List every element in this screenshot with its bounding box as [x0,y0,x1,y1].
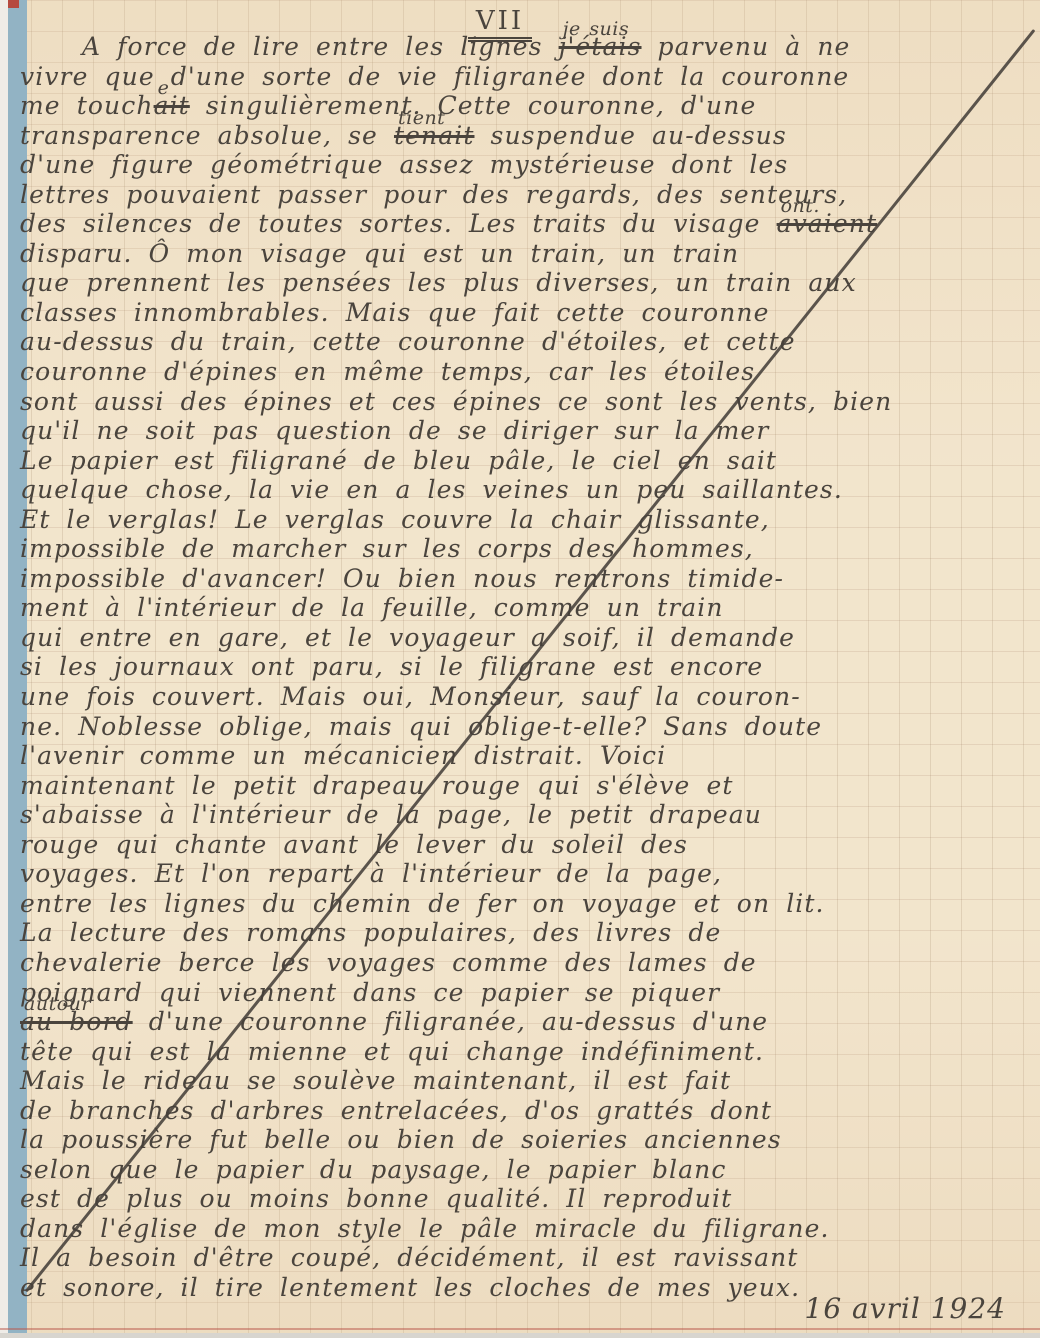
manuscript-line: La lecture des romans populaires, des li… [20,918,1040,948]
text-segment: selon que le papier du paysage, le papie… [20,1155,726,1184]
text-segment: et sonore, il tire lentement les cloches… [20,1273,800,1302]
text-segment: vivre que d'une sorte de vie filigranée … [20,62,849,91]
correction: eait [154,91,190,121]
manuscript-line: selon que le papier du paysage, le papie… [20,1155,1040,1185]
date-line: 16 avril 1924 [805,1292,1007,1325]
manuscript-line: impossible de marcher sur les corps des … [20,534,1040,564]
manuscript-line: au-dessus du train, cette couronne d'éto… [20,327,1040,357]
page-bottom-edge [0,1333,1040,1338]
manuscript-line: d'une figure géométrique assez mystérieu… [20,150,1040,180]
text-segment: transparence absolue, se [20,121,394,150]
manuscript-line: voyages. Et l'on repart à l'intérieur de… [20,859,1040,889]
inserted-text: je suis [563,15,630,45]
text-segment: impossible de marcher sur les corps des … [20,534,754,563]
manuscript-line: Et le verglas! Le verglas couvre la chai… [20,505,1040,535]
manuscript-line: impossible d'avancer! Ou bien nous rentr… [20,564,1040,594]
text-segment: A force de lire entre les lignes [82,32,559,61]
manuscript-line: quelque chose, la vie en a les veines un… [20,475,1040,505]
text-segment: singulièrement. Cette couronne, d'une [190,91,757,120]
manuscript-line: Il a besoin d'être coupé, décidément, il… [20,1243,1040,1273]
text-segment: la poussière fut belle ou bien de soieri… [20,1125,782,1154]
page-left-edge [0,0,8,1338]
text-segment: d'une figure géométrique assez mystérieu… [20,150,788,179]
text-segment: est de plus ou moins bonne qualité. Il r… [20,1184,732,1213]
manuscript-line: maintenant le petit drapeau rouge qui s'… [20,771,1040,801]
manuscript-line: ment à l'intérieur de la feuille, comme … [20,593,1040,623]
manuscript-text-block: A force de lire entre les lignes je suis… [20,32,1040,1303]
manuscript-line: rouge qui chante avant le lever du solei… [20,830,1040,860]
text-segment: chevalerie berce les voyages comme des l… [20,948,757,977]
manuscript-line: tête qui est la mienne et qui change ind… [20,1037,1040,1067]
text-segment: une fois couvert. Mais oui, Monsieur, sa… [20,682,801,711]
manuscript-line: dans l'église de mon style le pâle mirac… [20,1214,1040,1244]
text-segment: entre les lignes du chemin de fer on voy… [20,889,825,918]
text-segment: disparu. Ô mon visage qui est un train, … [20,239,739,268]
text-segment: lettres pouvaient passer pour des regard… [20,180,847,209]
inserted-text: autour [24,990,91,1020]
manuscript-line: de branches d'arbres entrelacées, d'os g… [20,1096,1040,1126]
text-segment: La lecture des romans populaires, des li… [20,918,721,947]
text-segment: rouge qui chante avant le lever du solei… [20,830,688,859]
manuscript-line: qui entre en gare, et le voyageur a soif… [20,623,1040,653]
manuscript-line: vivre que d'une sorte de vie filigranée … [20,62,1040,92]
manuscript-line: une fois couvert. Mais oui, Monsieur, sa… [20,682,1040,712]
manuscript-line: me toucheait singulièrement. Cette couro… [20,91,1040,121]
manuscript-line: couronne d'épines en même temps, car les… [20,357,1040,387]
manuscript-line: la poussière fut belle ou bien de soieri… [20,1125,1040,1155]
correction: tienttenait [394,121,475,151]
text-segment: dans l'église de mon style le pâle mirac… [20,1214,830,1243]
manuscript-line: chevalerie berce les voyages comme des l… [20,948,1040,978]
text-segment: maintenant le petit drapeau rouge qui s'… [20,771,734,800]
manuscript-line: sont aussi des épines et ces épines ce s… [20,387,1040,417]
correction: autourau bord [20,1007,133,1037]
manuscript-line: autourau bord d'une couronne filigranée,… [20,1007,1040,1037]
manuscript-line: Mais le rideau se soulève maintenant, il… [20,1066,1040,1096]
manuscript-line: Le papier est filigrané de bleu pâle, le… [20,446,1040,476]
manuscript-line: s'abaisse à l'intérieur de la page, le p… [20,800,1040,830]
text-segment: suspendue au-dessus [474,121,786,150]
text-segment: s'abaisse à l'intérieur de la page, le p… [20,800,762,829]
text-segment: impossible d'avancer! Ou bien nous rentr… [20,564,784,593]
inserted-text: e [158,74,170,104]
text-segment: couronne d'épines en même temps, car les… [20,357,755,386]
text-segment: voyages. Et l'on repart à l'intérieur de… [20,859,722,888]
manuscript-line: disparu. Ô mon visage qui est un train, … [20,239,1040,269]
text-segment: poignard qui viennent dans ce papier se … [20,978,720,1007]
manuscript-line: ne. Noblesse oblige, mais qui oblige-t-e… [20,712,1040,742]
manuscript-line: transparence absolue, se tienttenait sus… [20,121,1040,151]
text-segment: que prennent les pensées les plus divers… [20,268,857,297]
text-segment: des silences de toutes sortes. Les trait… [20,209,777,238]
manuscript-line: A force de lire entre les lignes je suis… [20,32,1040,62]
correction: je suisj'étais [559,32,642,62]
text-segment: tête qui est la mienne et qui change ind… [20,1037,764,1066]
manuscript-line: entre les lignes du chemin de fer on voy… [20,889,1040,919]
text-segment: parvenu à ne [642,32,851,61]
manuscript-line: que prennent les pensées les plus divers… [20,268,1040,298]
manuscript-line: est de plus ou moins bonne qualité. Il r… [20,1184,1040,1214]
bottom-ruled-line [0,1328,1040,1330]
correction: ont.avaient [777,209,878,239]
text-segment: me touch [20,91,154,120]
text-segment: si les journaux ont paru, si le filigran… [20,652,763,681]
manuscript-line: lettres pouvaient passer pour des regard… [20,180,1040,210]
manuscript-line: classes innombrables. Mais que fait cett… [20,298,1040,328]
manuscript-line: l'avenir comme un mécanicien distrait. V… [20,741,1040,771]
inserted-text: tient [398,104,445,134]
manuscript-line: poignard qui viennent dans ce papier se … [20,978,1040,1008]
text-segment: qu'il ne soit pas question de se diriger… [20,416,769,445]
text-segment: au-dessus du train, cette couronne d'éto… [20,327,796,356]
text-segment: qui entre en gare, et le voyageur a soif… [20,623,795,652]
text-segment: l'avenir comme un mécanicien distrait. V… [20,741,666,770]
manuscript-line: qu'il ne soit pas question de se diriger… [20,416,1040,446]
text-segment: ne. Noblesse oblige, mais qui oblige-t-e… [20,712,822,741]
text-segment: de branches d'arbres entrelacées, d'os g… [20,1096,772,1125]
text-segment: Il a besoin d'être coupé, décidément, il… [20,1243,798,1272]
text-segment: d'une couronne filigranée, au-dessus d'u… [133,1007,769,1036]
inserted-text: ont. [781,192,820,222]
text-segment: sont aussi des épines et ces épines ce s… [20,387,892,416]
text-segment: Le papier est filigrané de bleu pâle, le… [20,446,777,475]
manuscript-page: VII A force de lire entre les lignes je … [0,0,1040,1338]
text-segment: classes innombrables. Mais que fait cett… [20,298,770,327]
text-segment: quelque chose, la vie en a les veines un… [20,475,843,504]
text-segment: Mais le rideau se soulève maintenant, il… [20,1066,731,1095]
text-segment: ment à l'intérieur de la feuille, comme … [20,593,724,622]
text-segment: Et le verglas! Le verglas couvre la chai… [20,505,770,534]
